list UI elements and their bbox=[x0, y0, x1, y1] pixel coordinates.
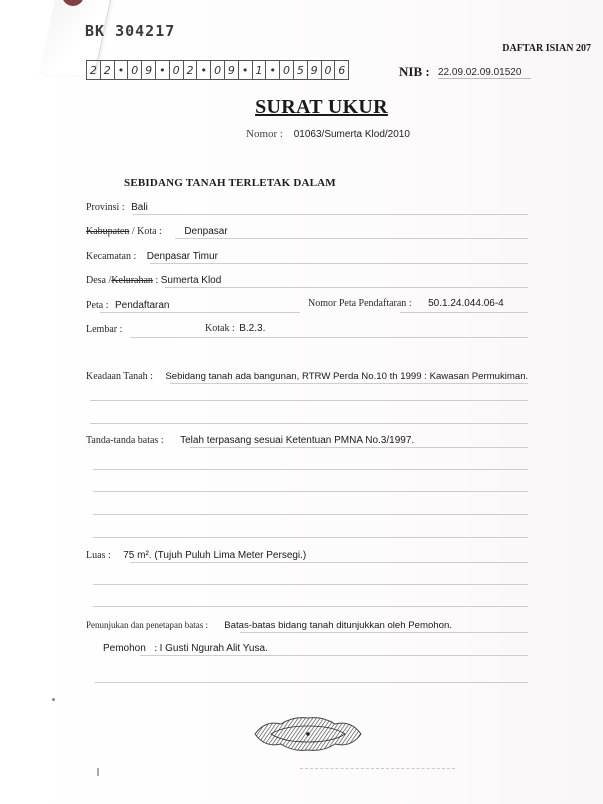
field-pemohon: Pemohon : I Gusti Ngurah Alit Yusa. bbox=[103, 643, 268, 654]
nib-label: NIB : bbox=[399, 64, 430, 80]
code-box: • bbox=[266, 61, 280, 79]
document-number: Nomor : 01063/Sumerta Klod/2010 bbox=[246, 128, 410, 140]
field-desa-kelurahan: Desa /Kelurahan : Sumerta Klod bbox=[86, 275, 221, 286]
code-box: 2 bbox=[101, 61, 115, 79]
nomor-value: 01063/Sumerta Klod/2010 bbox=[294, 129, 410, 140]
nomor-peta-value: 50.1.24.044.06-4 bbox=[428, 298, 504, 309]
field-kabupaten-kota: Kabupaten / Kota : Denpasar bbox=[86, 226, 228, 237]
code-box: 0 bbox=[128, 61, 142, 79]
code-box: 1 bbox=[253, 61, 267, 79]
serial-number: BK 304217 bbox=[85, 22, 175, 40]
field-lembar: Lembar : bbox=[86, 324, 122, 335]
code-box: • bbox=[197, 61, 211, 79]
document-page: BK 304217 DAFTAR ISIAN 207 22•09•02•09•1… bbox=[0, 0, 603, 804]
section-heading: SEBIDANG TANAH TERLETAK DALAM bbox=[124, 177, 336, 189]
provinsi-value: Bali bbox=[131, 202, 148, 213]
penunjukan-value: Batas-batas bidang tanah ditunjukkan ole… bbox=[224, 620, 452, 631]
field-luas: Luas : 75 m². (Tujuh Puluh Lima Meter Pe… bbox=[86, 550, 306, 561]
code-box: • bbox=[239, 61, 253, 79]
security-emblem-icon bbox=[253, 714, 363, 754]
kotak-value: B.2.3. bbox=[239, 323, 265, 334]
field-kotak: Kotak : B.2.3. bbox=[205, 323, 265, 334]
kecamatan-value: Denpasar Timur bbox=[147, 251, 218, 262]
pemohon-value: I Gusti Ngurah Alit Yusa. bbox=[160, 643, 268, 654]
code-box: 9 bbox=[142, 61, 156, 79]
document-title: SURAT UKUR bbox=[0, 96, 603, 119]
field-penunjukan: Penunjukan dan penetapan batas : Batas-b… bbox=[86, 620, 452, 631]
code-box: 9 bbox=[225, 61, 239, 79]
speck bbox=[52, 698, 55, 701]
field-nomor-peta: Nomor Peta Pendaftaran : 50.1.24.044.06-… bbox=[308, 298, 504, 309]
code-box: • bbox=[115, 61, 129, 79]
parcel-code-boxes: 22•09•02•09•1•05906 bbox=[86, 60, 349, 80]
margin-mark bbox=[97, 768, 99, 776]
field-keadaan-tanah: Keadaan Tanah : Sebidang tanah ada bangu… bbox=[86, 371, 528, 382]
code-box: • bbox=[156, 61, 170, 79]
code-box: 0 bbox=[211, 61, 225, 79]
field-provinsi: Provinsi : Bali bbox=[86, 202, 148, 213]
nomor-label: Nomor bbox=[246, 128, 277, 140]
code-box: 0 bbox=[322, 61, 336, 79]
luas-value: 75 m². (Tujuh Puluh Lima Meter Persegi.) bbox=[123, 550, 306, 561]
form-code: DAFTAR ISIAN 207 bbox=[502, 43, 591, 54]
code-box: 6 bbox=[335, 61, 348, 79]
field-peta: Peta : Pendaftaran bbox=[86, 300, 170, 311]
kota-value: Denpasar bbox=[184, 226, 227, 237]
code-box: 0 bbox=[170, 61, 184, 79]
code-box: 5 bbox=[294, 61, 308, 79]
nib-value: 22.09.02.09.01520 bbox=[438, 67, 531, 79]
tanda-batas-value: Telah terpasang sesuai Ketentuan PMNA No… bbox=[180, 435, 414, 446]
code-box: 2 bbox=[184, 61, 198, 79]
field-kecamatan: Kecamatan : Denpasar Timur bbox=[86, 251, 218, 262]
code-box: 0 bbox=[280, 61, 294, 79]
code-box: 9 bbox=[308, 61, 322, 79]
field-tanda-batas: Tanda-tanda batas : Telah terpasang sesu… bbox=[86, 435, 414, 446]
keadaan-tanah-value: Sebidang tanah ada bangunan, RTRW Perda … bbox=[165, 371, 528, 382]
code-box: 2 bbox=[87, 61, 101, 79]
desa-value: Sumerta Klod bbox=[161, 275, 222, 286]
peta-value: Pendaftaran bbox=[115, 300, 170, 311]
